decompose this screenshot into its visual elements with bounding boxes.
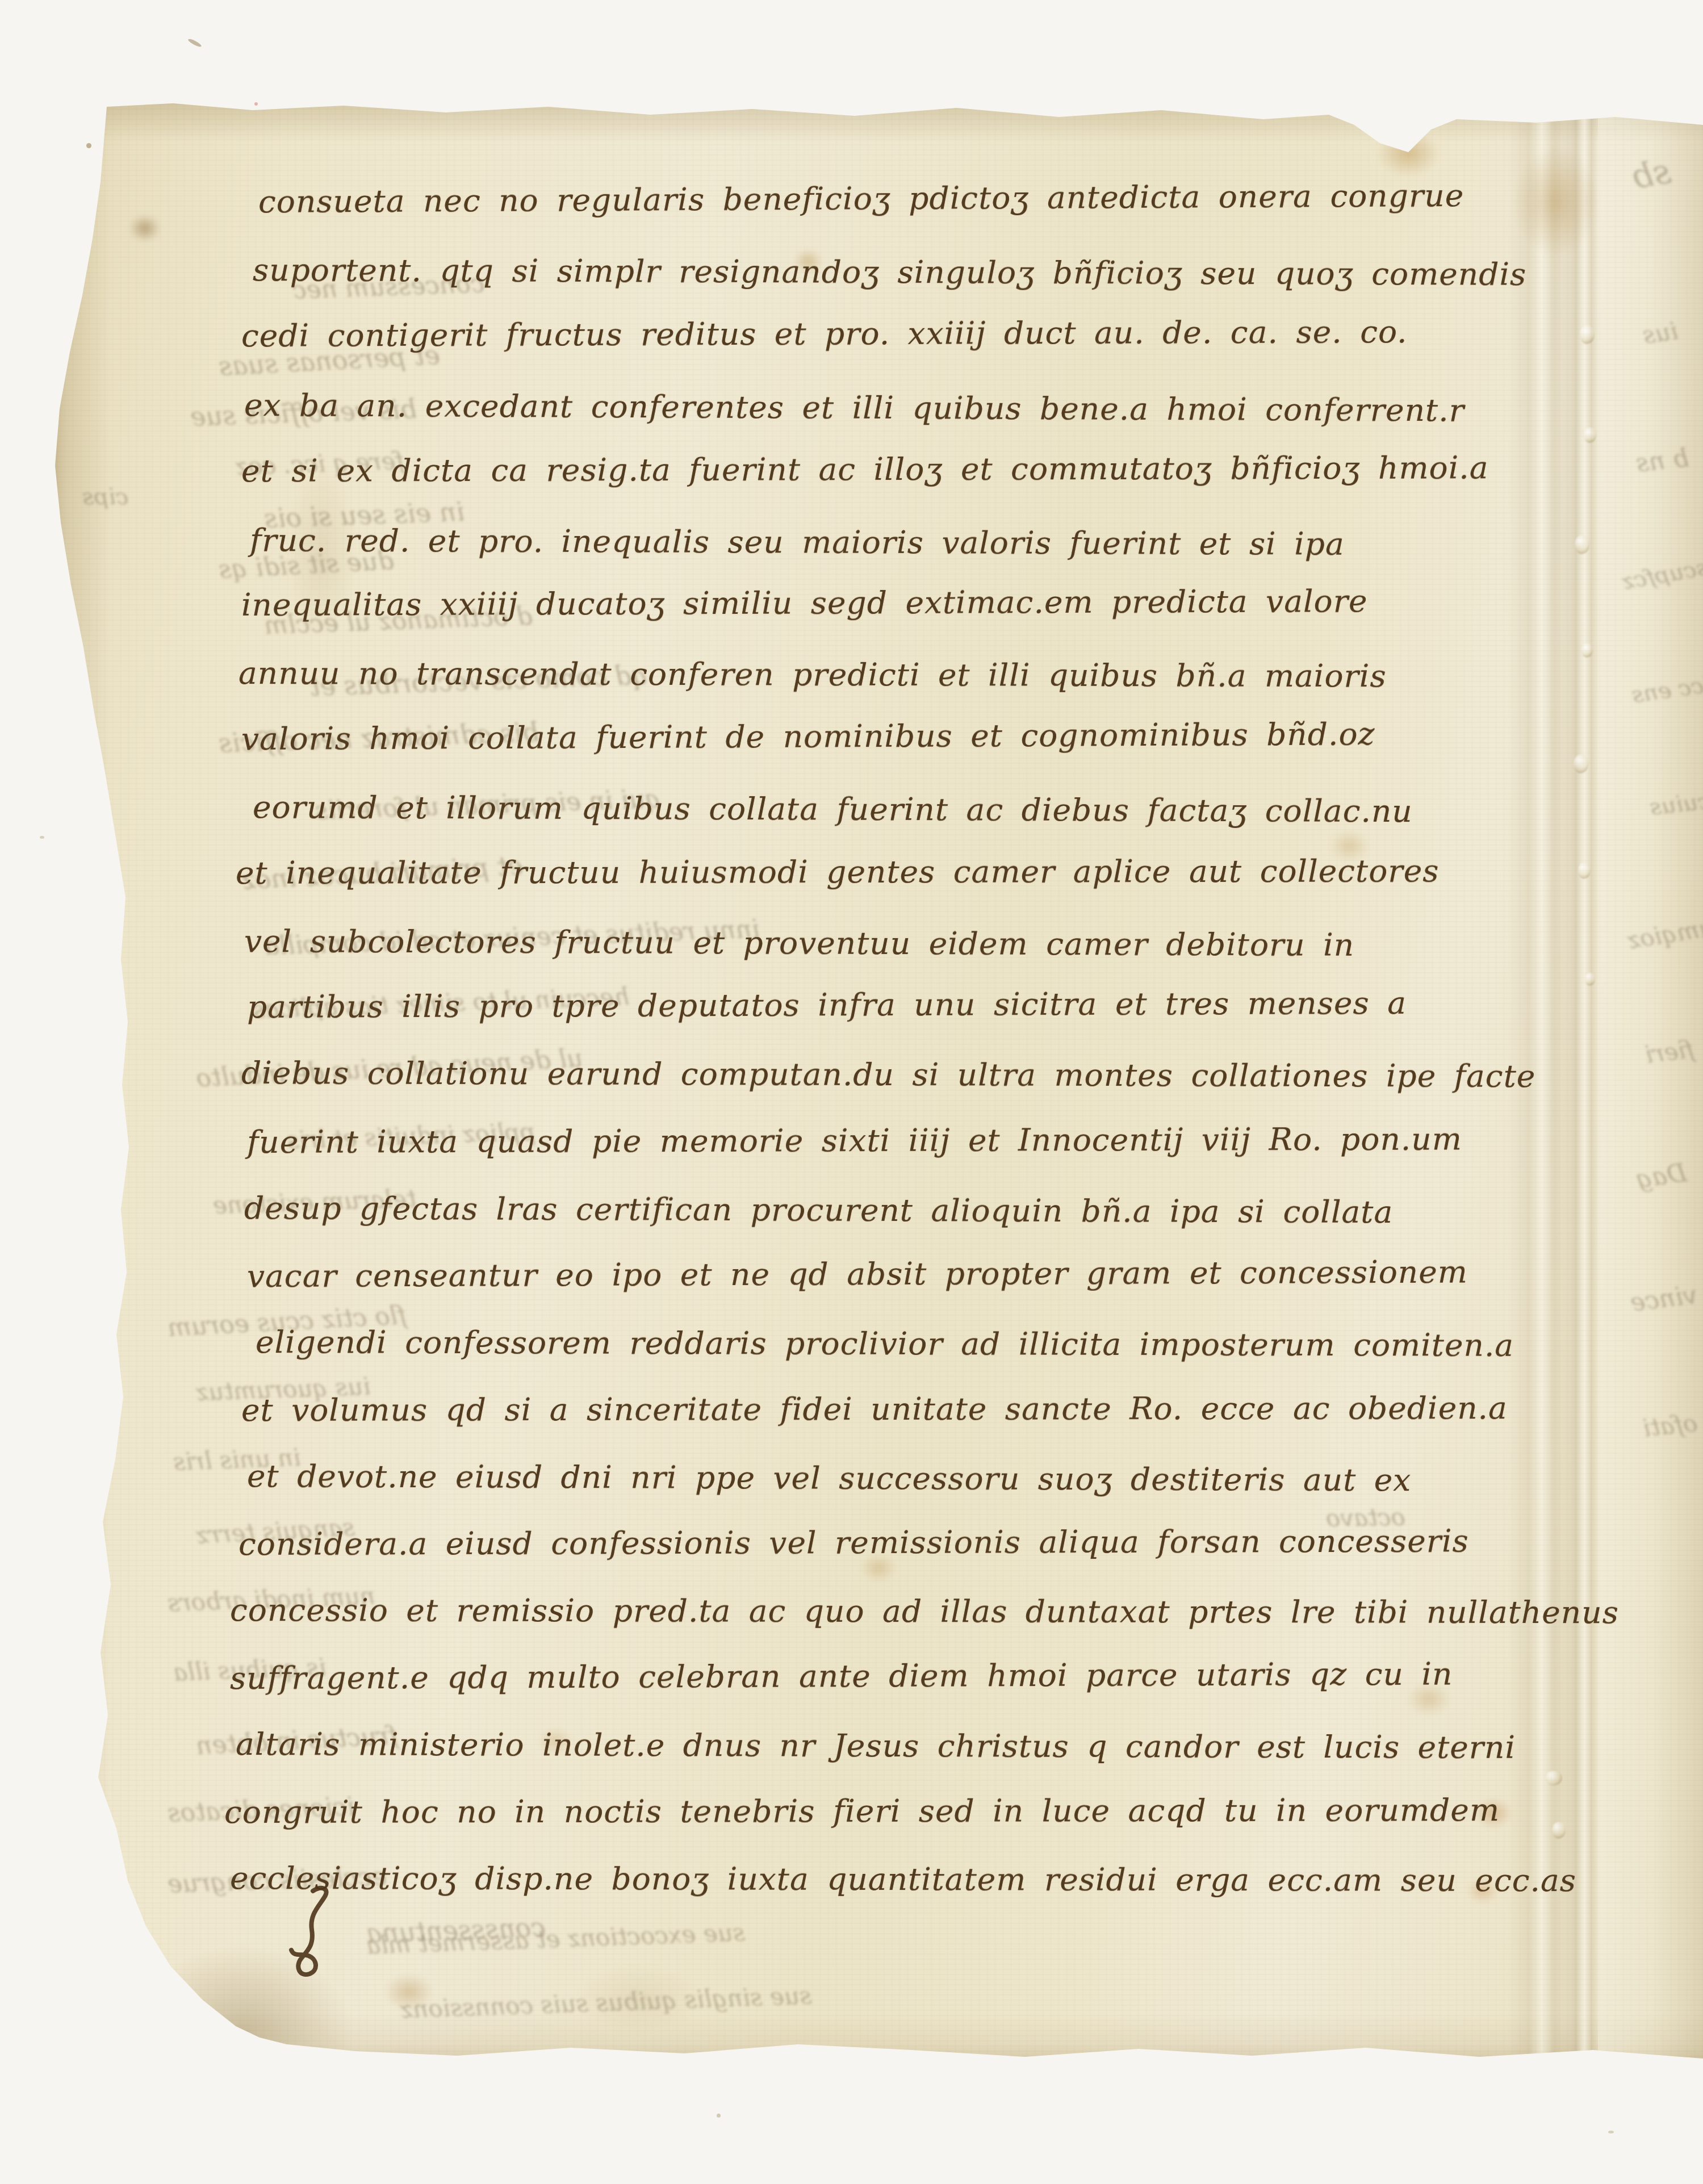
scanner-background: concessum necet personas suasbis vel off… xyxy=(0,0,1703,2184)
adjacent-leaf-strip xyxy=(1598,102,1703,2067)
manuscript-line: fuerint iuxta quasd pie memorie sixti ii… xyxy=(247,1123,1462,1158)
manuscript-line: vel subcolectores fructuu et proventuu e… xyxy=(244,926,1354,961)
manuscript-line: congruit hoc no in noctis tenebris fieri… xyxy=(224,1794,1500,1828)
manuscript-line: partibus illis pro tpre deputatos infra … xyxy=(247,988,1407,1023)
showthrough-text: ius xyxy=(1641,317,1680,349)
manuscript-line: inequalitas xxiiij ducatoʒ similiu segd … xyxy=(241,585,1368,621)
debris-speck xyxy=(717,2114,721,2118)
showthrough-text: uicc ens xyxy=(1630,670,1703,709)
debris-speck xyxy=(1608,2131,1614,2133)
manuscript-line: ex ba an. excedant conferentes et illi q… xyxy=(244,390,1465,426)
manuscript-text: consueta nec no regularis beneficioʒ pdi… xyxy=(190,186,1610,2003)
manuscript-line: considera.a eiusd confessionis vel remis… xyxy=(238,1525,1469,1560)
showthrough-text: sb xyxy=(1628,152,1673,198)
showthrough-text: qumqioz xyxy=(1625,911,1703,955)
manuscript-line: desup gfectas lras certifican procurent … xyxy=(244,1193,1393,1228)
manuscript-line: fruc. red. et pro. inequalis seu maioris… xyxy=(250,525,1345,560)
debris-speck xyxy=(40,836,44,839)
manuscript-line: ecclesiasticoʒ disp.ne bonoʒ iuxta quant… xyxy=(230,1863,1576,1896)
manuscript-line: diebus collationu earund computan.du si … xyxy=(241,1057,1535,1092)
showthrough-text: cips xyxy=(82,484,128,510)
showthrough-text: vince xyxy=(1629,1281,1698,1317)
manuscript-line: eorumd et illorum quibus collata fuerint… xyxy=(253,792,1413,827)
showthrough-text: i cuius xyxy=(1648,786,1703,821)
showthrough-text: tuh scupfcz xyxy=(1620,546,1703,595)
manuscript-line: altaris ministerio inolet.e dnus nr Jesu… xyxy=(236,1729,1516,1763)
manuscript-line: valoris hmoi collata fuerint de nominibu… xyxy=(241,718,1375,755)
manuscript-line: et devot.ne eiusd dni nri ppe vel succes… xyxy=(247,1461,1412,1496)
manuscript-sheet: concessum necet personas suasbis vel off… xyxy=(48,102,1703,2067)
showthrough-text: ofati xyxy=(1642,1409,1699,1442)
manuscript-line: et si ex dicta ca resig.ta fuerint ac il… xyxy=(241,452,1489,487)
stain xyxy=(1377,129,1440,177)
manuscript-line: et inequalitate fructuu huiusmodi gentes… xyxy=(236,855,1439,889)
manuscript-line: cedi contigerit fructus reditus et pro. … xyxy=(241,316,1408,352)
manuscript-line: suffragent.e qdq multo celebran ante die… xyxy=(230,1658,1453,1694)
manuscript-line: concessio et remissio pred.ta ac quo ad … xyxy=(230,1595,1619,1628)
manuscript-line: suportent. qtq si simplr resignandoʒ sin… xyxy=(253,254,1526,290)
manuscript-line: et volumus qd si a sinceritate fidei uni… xyxy=(241,1392,1508,1426)
debris-speck xyxy=(187,37,202,48)
showthrough-text: Dag xyxy=(1634,1158,1689,1194)
showthrough-text: b ns xyxy=(1635,444,1691,478)
debris-speck xyxy=(254,102,258,106)
manuscript-line: consueta nec no regularis beneficioʒ pdi… xyxy=(258,180,1464,217)
manuscript-line: vacar censeantur eo ipo et ne qd absit p… xyxy=(247,1256,1468,1292)
manuscript-line: annuu no transcendat conferen predicti e… xyxy=(238,658,1387,692)
debris-speck xyxy=(86,143,91,148)
showthrough-text: ʒ xyxy=(83,1884,139,1985)
showthrough-text: fieri xyxy=(1643,1035,1696,1069)
manuscript-line: eligendi confessorem reddaris proclivior… xyxy=(256,1327,1514,1361)
stain xyxy=(129,215,161,242)
